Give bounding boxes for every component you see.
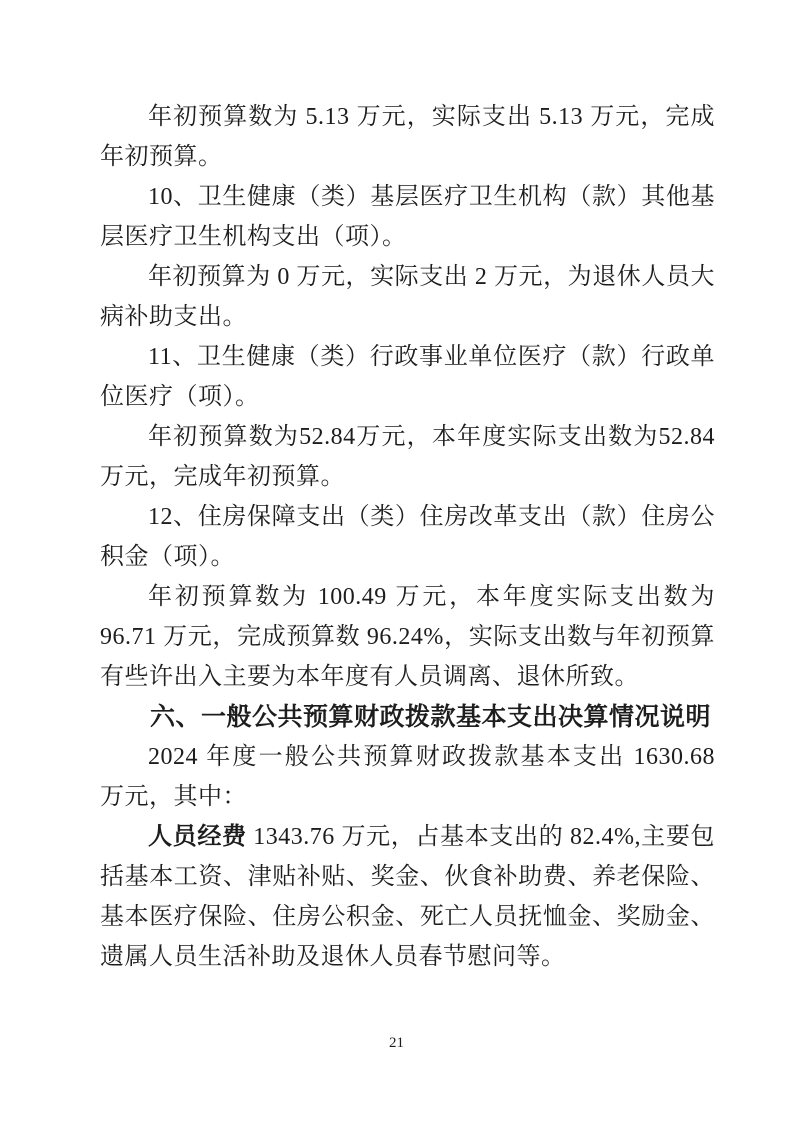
paragraph-item11-title: 11、卫生健康（类）行政事业单位医疗（款）行政单位医疗（项）。 bbox=[100, 337, 715, 417]
paragraph-item10-title: 10、卫生健康（类）基层医疗卫生机构（款）其他基层医疗卫生机构支出（项）。 bbox=[100, 177, 715, 257]
paragraph-item11-budget-detail: 年初预算数为52.84万元，本年度实际支出数为52.84万元，完成年初预算。 bbox=[100, 417, 715, 497]
page-number: 21 bbox=[0, 1033, 793, 1053]
document-page: 年初预算数为 5.13 万元，实际支出 5.13 万元，完成年初预算。 10、卫… bbox=[0, 0, 793, 1122]
document-body: 年初预算数为 5.13 万元，实际支出 5.13 万元，完成年初预算。 10、卫… bbox=[100, 97, 715, 977]
paragraph-basic-expenditure-total: 2024 年度一般公共预算财政拨款基本支出 1630.68 万元，其中： bbox=[100, 737, 715, 817]
paragraph-item12-title: 12、住房保障支出（类）住房改革支出（款）住房公积金（项）。 bbox=[100, 497, 715, 577]
paragraph-item9-budget-detail: 年初预算数为 5.13 万元，实际支出 5.13 万元，完成年初预算。 bbox=[100, 97, 715, 177]
paragraph-item10-budget-detail: 年初预算为 0 万元，实际支出 2 万元，为退休人员大病补助支出。 bbox=[100, 257, 715, 337]
paragraph-item12-budget-detail: 年初预算数为 100.49 万元，本年度实际支出数为 96.71 万元，完成预算… bbox=[100, 577, 715, 697]
section-heading-basic-expenditure: 六、一般公共预算财政拨款基本支出决算情况说明 bbox=[100, 697, 715, 737]
personnel-expenses-lead: 人员经费 bbox=[148, 823, 247, 850]
paragraph-personnel-expenses: 人员经费 1343.76 万元，占基本支出的 82.4%,主要包括基本工资、津贴… bbox=[100, 817, 715, 977]
